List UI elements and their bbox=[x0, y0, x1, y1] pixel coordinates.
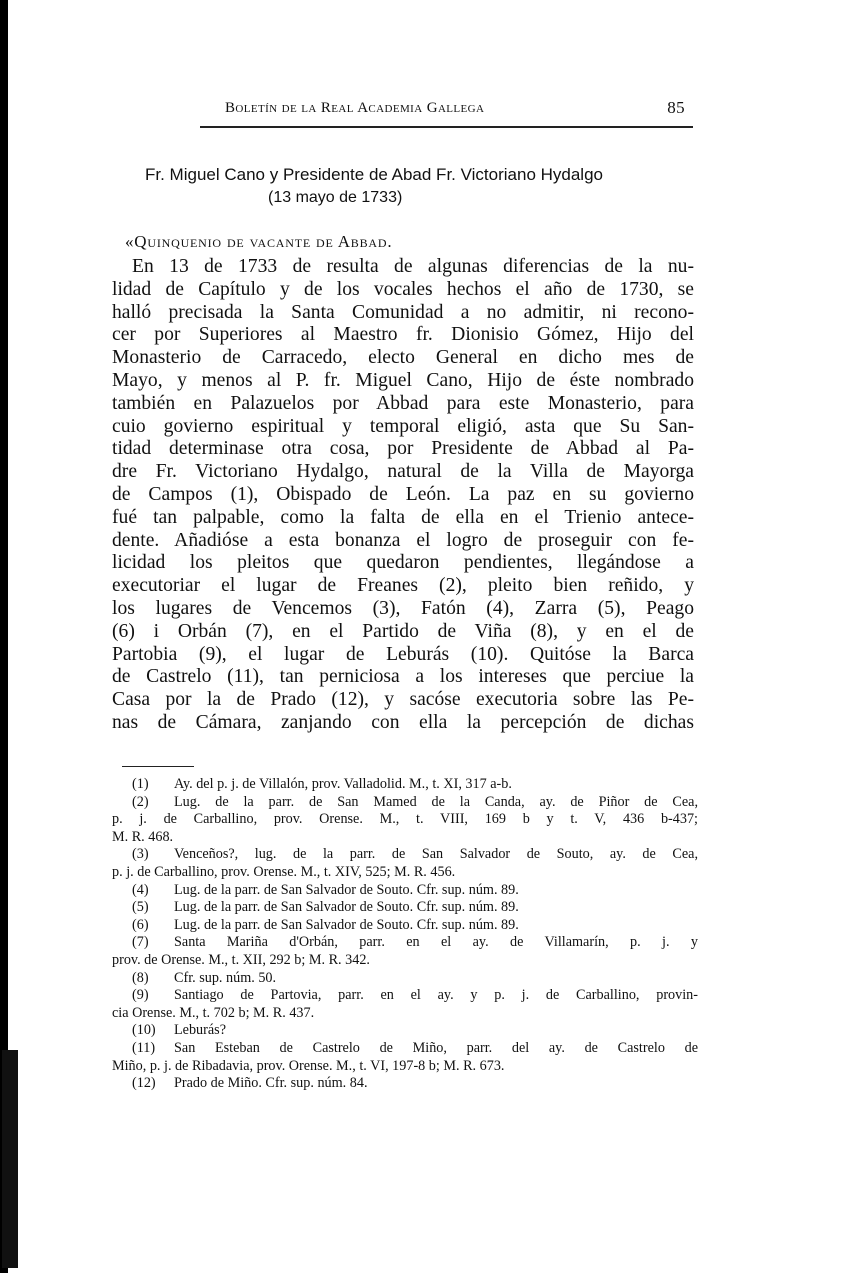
footnote-2: (2)Lug. de la parr. de San Mamed de la C… bbox=[112, 794, 698, 812]
footnote-4: (4)Lug. de la parr. de San Salvador de S… bbox=[112, 882, 698, 900]
footnote-text: Ay. del p. j. de Villalón, prov. Vallado… bbox=[174, 776, 512, 792]
body-line: nas de Cámara, zanjando con ella la perc… bbox=[112, 712, 694, 735]
footnote-5: (5)Lug. de la parr. de San Salvador de S… bbox=[112, 899, 698, 917]
footnote-number: (1) bbox=[132, 776, 174, 794]
footnote-number: (10) bbox=[132, 1022, 174, 1040]
body-line: los lugares de Vencemos (3), Fatón (4), … bbox=[112, 598, 694, 621]
footnote-number: (3) bbox=[132, 846, 174, 864]
body-line: también en Palazuelos por Abbad para est… bbox=[112, 393, 694, 416]
footnote-text: Lug. de la parr. de San Mamed de la Cand… bbox=[174, 794, 698, 810]
body-line: dre Fr. Victoriano Hydalgo, natural de l… bbox=[112, 461, 694, 484]
footnote-1: (1)Ay. del p. j. de Villalón, prov. Vall… bbox=[112, 776, 698, 794]
footnote-number: (8) bbox=[132, 970, 174, 988]
footnote-text: San Esteban de Castrelo de Miño, parr. d… bbox=[174, 1040, 698, 1056]
footnote-text: Venceños?, lug. de la parr. de San Salva… bbox=[174, 846, 698, 862]
footnote-text-cont: p. j. de Carballino, prov. Orense. M., t… bbox=[112, 864, 698, 882]
footnotes: (1)Ay. del p. j. de Villalón, prov. Vall… bbox=[112, 776, 698, 1093]
footnote-text: Santa Mariña d'Orbán, parr. en el ay. de… bbox=[174, 934, 698, 950]
footnote-text-cont: M. R. 468. bbox=[112, 829, 698, 847]
body-paragraph: En 13 de 1733 de resulta de algunas dife… bbox=[112, 256, 694, 735]
footnote-number: (11) bbox=[132, 1040, 174, 1058]
footnote-text: Cfr. sup. núm. 50. bbox=[174, 970, 276, 986]
body-line: halló precisada la Santa Comunidad a no … bbox=[112, 302, 694, 325]
body-line: cer por Superiores al Maestro fr. Dionis… bbox=[112, 324, 694, 347]
footnote-text-cont: prov. de Orense. M., t. XII, 292 b; M. R… bbox=[112, 952, 698, 970]
body-line: En 13 de 1733 de resulta de algunas dife… bbox=[112, 256, 694, 279]
body-line: Monasterio de Carracedo, electo General … bbox=[112, 347, 694, 370]
body-line: licidad los pleitos que quedaron pendien… bbox=[112, 552, 694, 575]
header-rule bbox=[200, 126, 693, 128]
footnote-6: (6)Lug. de la parr. de San Salvador de S… bbox=[112, 917, 698, 935]
journal-title: Boletín de la Real Academia Gallega bbox=[225, 100, 484, 117]
footnote-number: (7) bbox=[132, 934, 174, 952]
footnote-text-cont: Miño, p. j. de Ribadavia, prov. Orense. … bbox=[112, 1058, 698, 1076]
body-line: Mayo, y menos al P. fr. Miguel Cano, Hij… bbox=[112, 370, 694, 393]
entry-title: Fr. Miguel Cano y Presidente de Abad Fr.… bbox=[10, 165, 800, 185]
body-line: Partobia (9), el lugar de Leburás (10). … bbox=[112, 644, 694, 667]
footnote-number: (5) bbox=[132, 899, 174, 917]
body-line: de Castrelo (11), tan perniciosa a los i… bbox=[112, 666, 694, 689]
footnote-text: Lug. de la parr. de San Salvador de Sout… bbox=[174, 899, 519, 915]
body-line: cuio govierno espiritual y temporal elig… bbox=[112, 416, 694, 439]
scan-binding-shadow bbox=[2, 1050, 18, 1268]
body-line: tidad determinase otra cosa, por Preside… bbox=[112, 438, 694, 461]
footnote-8: (8)Cfr. sup. núm. 50. bbox=[112, 970, 698, 988]
entry-date: (13 mayo de 1733) bbox=[268, 189, 402, 207]
footnote-number: (4) bbox=[132, 882, 174, 900]
footnote-text-cont: p. j. de Carballino, prov. Orense. M., t… bbox=[112, 811, 698, 829]
body-line: Casa por la de Prado (12), y sacóse exec… bbox=[112, 689, 694, 712]
body-line: fué tan palpable, como la falta de ella … bbox=[112, 507, 694, 530]
running-head: Boletín de la Real Academia Gallega 85 bbox=[225, 100, 685, 122]
body-line: de Campos (1), Obispado de León. La paz … bbox=[112, 484, 694, 507]
body-line: executoriar el lugar de Freanes (2), ple… bbox=[112, 575, 694, 598]
footnote-10: (10)Leburás? bbox=[112, 1022, 698, 1040]
body-line: (6) i Orbán (7), en el Partido de Viña (… bbox=[112, 621, 694, 644]
footnote-9: (9)Santiago de Partovia, parr. en el ay.… bbox=[112, 987, 698, 1005]
footnote-number: (2) bbox=[132, 794, 174, 812]
footnote-text: Leburás? bbox=[174, 1022, 226, 1038]
footnote-7: (7)Santa Mariña d'Orbán, parr. en el ay.… bbox=[112, 934, 698, 952]
footnote-number: (12) bbox=[132, 1075, 174, 1093]
footnote-text: Santiago de Partovia, parr. en el ay. y … bbox=[174, 987, 698, 1003]
footnote-3: (3)Venceños?, lug. de la parr. de San Sa… bbox=[112, 846, 698, 864]
footnote-text: Lug. de la parr. de San Salvador de Sout… bbox=[174, 917, 519, 933]
page-number: 85 bbox=[667, 98, 685, 118]
section-heading: «Quinquenio de vacante de Abbad. bbox=[125, 232, 392, 252]
footnote-12: (12)Prado de Miño. Cfr. sup. núm. 84. bbox=[112, 1075, 698, 1093]
footnote-number: (9) bbox=[132, 987, 174, 1005]
footnote-text: Lug. de la parr. de San Salvador de Sout… bbox=[174, 882, 519, 898]
footnote-11: (11)San Esteban de Castrelo de Miño, par… bbox=[112, 1040, 698, 1058]
body-line: dente. Añadióse a esta bonanza el logro … bbox=[112, 530, 694, 553]
footnote-text: Prado de Miño. Cfr. sup. núm. 84. bbox=[174, 1075, 368, 1091]
footnote-rule bbox=[122, 766, 194, 767]
footnote-text-cont: cia Orense. M., t. 702 b; M. R. 437. bbox=[112, 1005, 698, 1023]
footnote-number: (6) bbox=[132, 917, 174, 935]
body-line: lidad de Capítulo y de los vocales hecho… bbox=[112, 279, 694, 302]
